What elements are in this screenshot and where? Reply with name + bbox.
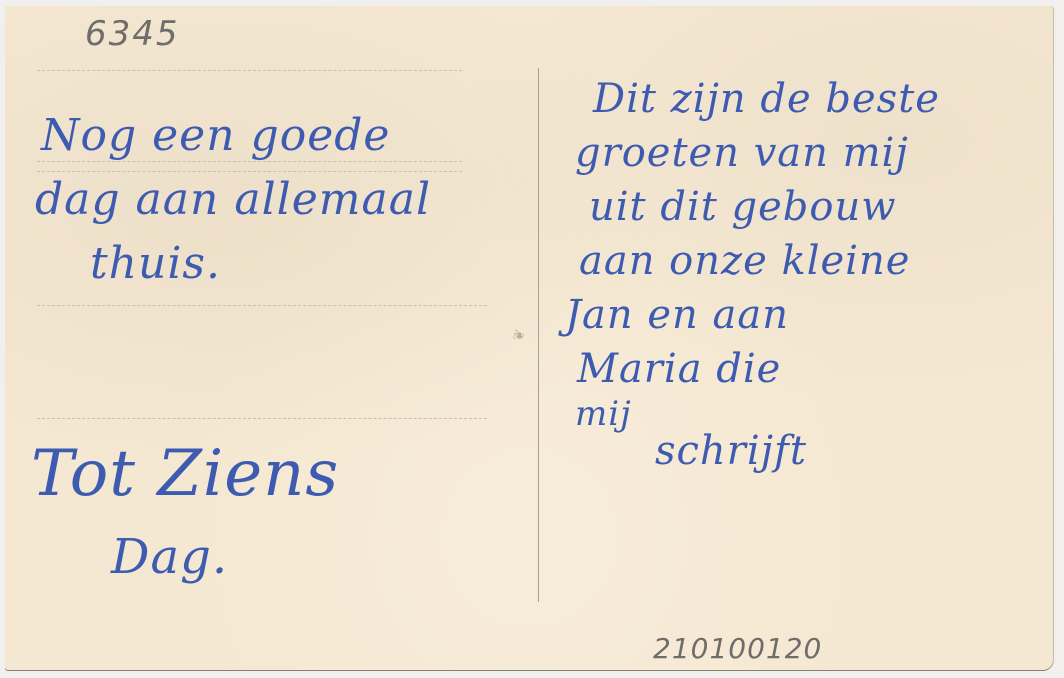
postcard-back: ❦ 6345 Nog een goede dag aan allemaal th…	[5, 6, 1053, 670]
guide-line	[37, 70, 462, 71]
right-message-line: Maria die	[575, 342, 940, 396]
right-message-line: aan onze kleine	[575, 234, 940, 288]
pencil-reference-number: 6345	[85, 14, 180, 54]
signature: Tot Ziens Dag.	[31, 426, 339, 592]
guide-line	[37, 418, 487, 419]
signature-line: Tot Ziens	[31, 426, 339, 522]
right-message-line: Dit zijn de beste	[575, 72, 940, 126]
pencil-inventory-number: 210100120	[653, 632, 822, 665]
signature-line: Dag.	[31, 522, 339, 592]
right-message-line: uit dit gebouw	[575, 180, 940, 234]
left-message-line: Nog een goede	[35, 104, 431, 168]
right-message-line: Jan en aan	[565, 288, 940, 342]
left-message-line: dag aan allemaal	[35, 168, 431, 232]
left-message: Nog een goede dag aan allemaal thuis.	[35, 104, 431, 296]
right-message: Dit zijn de beste groeten van mij uit di…	[575, 72, 940, 478]
guide-line	[37, 305, 487, 306]
left-message-line: thuis.	[35, 232, 431, 296]
right-message-line: groeten van mij	[575, 126, 940, 180]
printer-mark-icon: ❦	[510, 318, 546, 349]
